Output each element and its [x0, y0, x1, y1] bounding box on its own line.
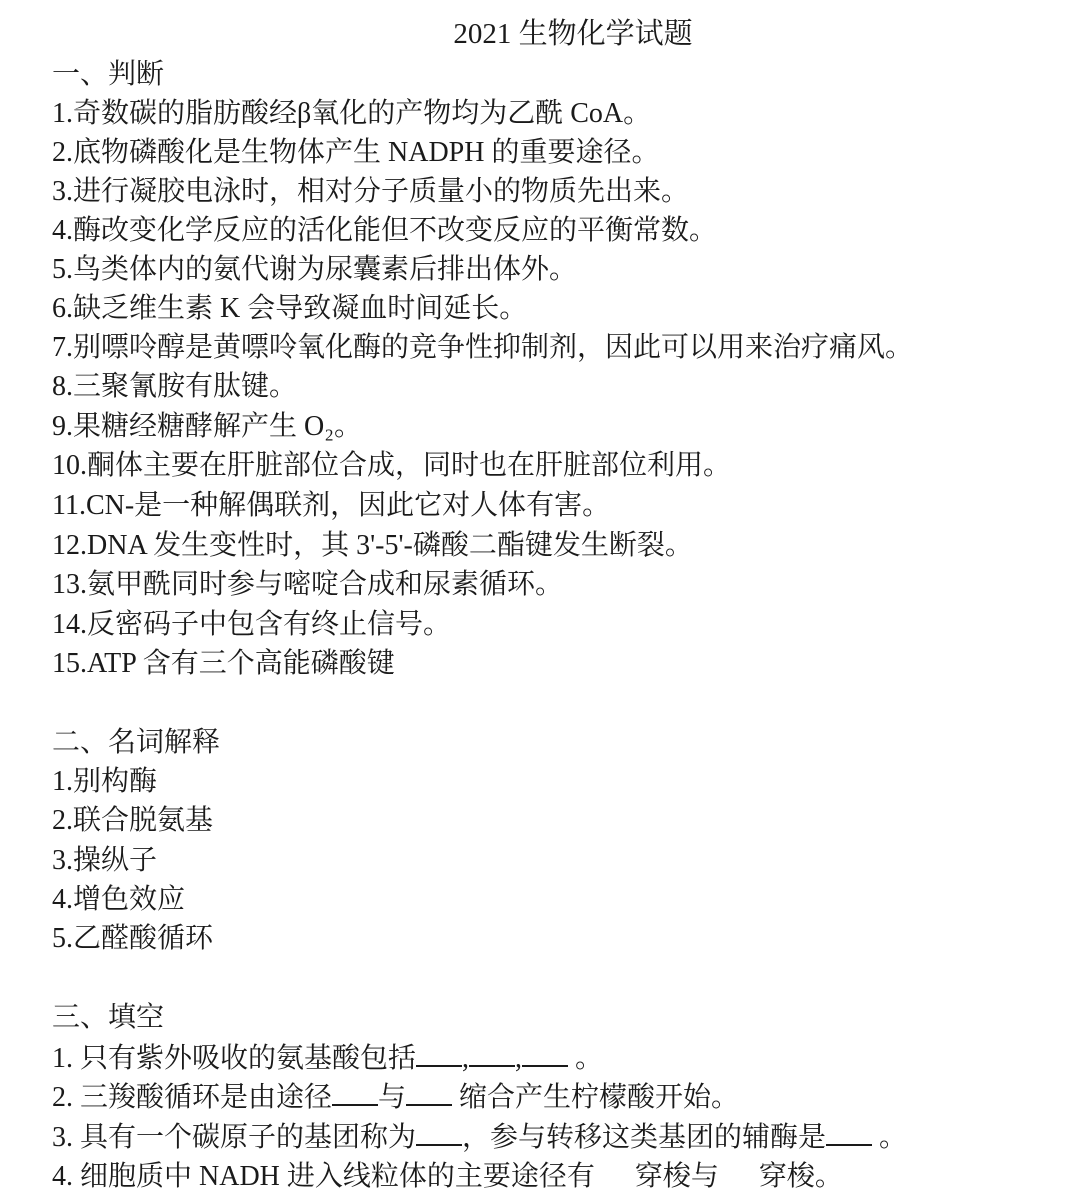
answer-blank — [332, 1080, 378, 1106]
term-item: 4.增色效应 — [52, 881, 185, 919]
question-item: 10.酮体主要在肝脏部位合成，同时也在肝脏部位利用。 — [52, 447, 731, 485]
section-heading-fill-in: 三、填空 — [52, 999, 164, 1037]
question-text: 3. 具有一个碳原子的基团称为 — [52, 1122, 416, 1153]
question-item: 8.三聚氰胺有肽键。 — [52, 368, 297, 406]
exam-page: 2021 生物化学试题 一、判断 1.奇数碳的脂肪酸经β氧化的产物均为乙酰 Co… — [0, 0, 1080, 1188]
answer-blank — [522, 1041, 568, 1067]
question-text: 穿梭。 — [759, 1161, 843, 1188]
answer-blank — [416, 1120, 462, 1146]
question-item: 9.果糖经糖酵解产生 O₂。 — [52, 408, 362, 446]
question-text: 。 — [872, 1122, 907, 1153]
question-item: 6.缺乏维生素 K 会导致凝血时间延长。 — [52, 290, 527, 328]
document-title: 2021 生物化学试题 — [0, 14, 1080, 54]
fill-question: 2. 三羧酸循环是由途径与 缩合产生柠檬酸开始。 — [52, 1079, 739, 1117]
fill-question: 1. 只有紫外吸收的氨基酸包括,, 。 — [52, 1040, 603, 1078]
fill-question: 4. 细胞质中 NADH 进入线粒体的主要途径有穿梭与穿梭。 — [52, 1158, 843, 1188]
separator: , — [462, 1043, 469, 1074]
question-item: 13.氨甲酰同时参与嘧啶合成和尿素循环。 — [52, 566, 563, 604]
term-item: 2.联合脱氨基 — [52, 802, 213, 840]
question-text: 缩合产生柠檬酸开始。 — [452, 1082, 739, 1113]
answer-blank — [406, 1080, 452, 1106]
question-text: 4. 细胞质中 NADH 进入线粒体的主要途径有 — [52, 1161, 595, 1188]
question-text: 。 — [568, 1043, 603, 1074]
question-item: 2.底物磷酸化是生物体产生 NADPH 的重要途径。 — [52, 134, 659, 172]
answer-blank — [469, 1041, 515, 1067]
question-item: 3.进行凝胶电泳时，相对分子质量小的物质先出来。 — [52, 173, 689, 211]
question-item: 1.奇数碳的脂肪酸经β氧化的产物均为乙酰 CoA。 — [52, 95, 651, 133]
question-item: 7.别嘌呤醇是黄嘌呤氧化酶的竞争性抑制剂，因此可以用来治疗痛风。 — [52, 329, 913, 367]
question-text: 穿梭与 — [635, 1161, 719, 1188]
term-item: 5.乙醛酸循环 — [52, 920, 213, 958]
question-text: 与 — [378, 1082, 406, 1113]
separator: , — [515, 1043, 522, 1074]
answer-blank — [826, 1120, 872, 1146]
section-heading-true-false: 一、判断 — [52, 56, 164, 94]
answer-blank — [416, 1041, 462, 1067]
question-item: 12.DNA 发生变性时，其 3'-5'-磷酸二酯键发生断裂。 — [52, 527, 693, 565]
section-heading-definitions: 二、名词解释 — [52, 724, 220, 762]
term-item: 3.操纵子 — [52, 842, 157, 880]
question-item: 11.CN-是一种解偶联剂，因此它对人体有害。 — [52, 487, 610, 525]
fill-question: 3. 具有一个碳原子的基团称为，参与转移这类基团的辅酶是 。 — [52, 1119, 907, 1157]
question-text: ，参与转移这类基团的辅酶是 — [462, 1122, 826, 1153]
question-item: 4.酶改变化学反应的活化能但不改变反应的平衡常数。 — [52, 212, 717, 250]
term-item: 1.别构酶 — [52, 763, 157, 801]
question-item: 15.ATP 含有三个高能磷酸键 — [52, 645, 395, 683]
question-text: 2. 三羧酸循环是由途径 — [52, 1082, 332, 1113]
question-item: 14.反密码子中包含有终止信号。 — [52, 606, 451, 644]
question-item: 5.鸟类体内的氨代谢为尿囊素后排出体外。 — [52, 251, 577, 289]
question-text: 1. 只有紫外吸收的氨基酸包括 — [52, 1043, 416, 1074]
